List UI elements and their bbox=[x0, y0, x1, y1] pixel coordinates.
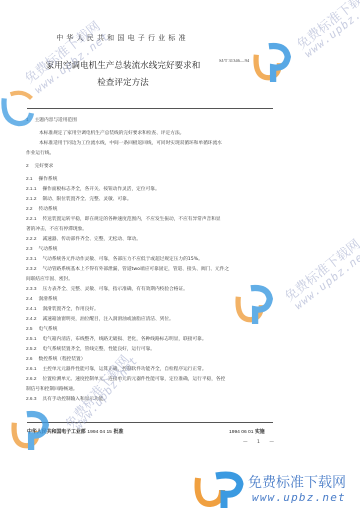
clause-text: 减速箱油窗明亮，油位醒目，注入润滑油或油脂应清洁、到位。 bbox=[42, 317, 173, 322]
clause-number: 2.6.1 bbox=[26, 366, 36, 371]
clause-number: 2.1.1 bbox=[26, 186, 36, 191]
clause-number: 2.2.1 bbox=[26, 216, 36, 221]
clause-2-2-2: 2.2.2减速器、传动部件齐全、完整，无松动、窜动。 bbox=[26, 236, 141, 242]
watermark-logo-icon bbox=[232, 282, 274, 324]
clause-number: 2.6 bbox=[26, 356, 33, 361]
clause-number: 2.6.3 bbox=[26, 396, 36, 401]
approved-date: 1994 04 15 bbox=[87, 430, 111, 435]
effective-note: 1994 06 01 实施 bbox=[229, 428, 265, 435]
document-page: 中华人民共和国电子行业标准 SJ/T 31346—94 家用空调电机生产总装流水… bbox=[0, 0, 360, 510]
clause-2-3-3: 2.3.3压力表齐全、完整、灵敏、可靠，指示准确，有有效期内校验合格证。 bbox=[26, 286, 188, 292]
watermark-logo-icon bbox=[0, 90, 42, 132]
clause-number: 2.2 bbox=[26, 206, 33, 211]
clause-number: 2.1 bbox=[26, 176, 33, 181]
clause-text: 本标准规定了家用空调电机生产总装线的完好要求和检查、评定方法。 bbox=[39, 131, 184, 136]
clause-1: 1主题内容与适用范围 bbox=[26, 117, 77, 123]
clause-number: 2.3.1 bbox=[26, 256, 36, 261]
clause-number: 2.5.1 bbox=[26, 336, 36, 341]
clause-2-5-1: 2.5.1电气箱内清洁，布线整齐，线路无破损、老化，各种线路标志明显，联接可靠。 bbox=[26, 336, 207, 342]
effective-suffix: 实施 bbox=[255, 429, 265, 435]
body-line: 本标准适用于同边为工位流水线，中间一条回板返回线，可同时实现双循环和单循环流水 bbox=[26, 140, 222, 146]
clause-2-1: 2.1操作系统 bbox=[26, 176, 57, 182]
clause-text: 制信号和控制回路畅通。 bbox=[26, 387, 78, 392]
clause-text: 电气箱内清洁，布线整齐，线路无破损、老化，各种线路标志明显，联接可靠。 bbox=[42, 337, 206, 342]
clause-number: 2.5.2 bbox=[26, 346, 36, 351]
clause-number: 2.2.2 bbox=[26, 236, 36, 241]
clause-text: 著的冲击，不应有停滞现象。 bbox=[26, 227, 87, 232]
clause-number: 2.4 bbox=[26, 296, 33, 301]
clause-2-3-2: 2.3.2气动管路系统基本上不得有外部泄漏，管道two端应可靠固定，管道、接头、… bbox=[26, 266, 229, 272]
clause-text: 制动、限位装置齐全、完整、灵敏、可靠。 bbox=[42, 197, 131, 202]
clause-number: 2.5 bbox=[26, 326, 33, 331]
clause-text: 电气系统 bbox=[39, 327, 58, 332]
clause-text: 间联结应牢固、密封。 bbox=[26, 277, 73, 282]
clause-text: 操作面板标志齐全，各开关、按钮动作灵活，定位可靠。 bbox=[42, 187, 159, 192]
clause-2-2: 2.2传动系统 bbox=[26, 206, 57, 212]
clause-2-3: 2.3气动系统 bbox=[26, 246, 57, 252]
clause-text: 主题内容与适用范围 bbox=[35, 118, 77, 123]
brand-url: www.upbz.net bbox=[252, 491, 346, 504]
brand-logo-icon bbox=[192, 470, 244, 508]
clause-number: 2 bbox=[26, 163, 29, 168]
body-line: 著的冲击，不应有停滞现象。 bbox=[26, 226, 87, 232]
clause-2-4-2: 2.4.2减速箱油窗明亮，油位醒目，注入润滑油或油脂应清洁、到位。 bbox=[26, 316, 174, 322]
clause-number: 2.6.2 bbox=[26, 376, 36, 381]
clause-number: 2.4.1 bbox=[26, 306, 36, 311]
standard-number: SJ/T 31346—94 bbox=[219, 58, 249, 63]
clause-text: 传动系统 bbox=[39, 207, 58, 212]
clause-2: 2完好要求 bbox=[26, 163, 53, 169]
ministry-header: 中华人民共和国电子行业标准 bbox=[0, 33, 245, 43]
clause-text: 压力表齐全、完整、灵敏、可靠，指示准确，有有效期内校验合格证。 bbox=[42, 287, 187, 292]
clause-text: 气动系统各元件动作灵敏、可靠，各部压力不应低于或超过规定压力的15%。 bbox=[42, 257, 202, 262]
clause-2-4-1: 2.4.1润滑装置齐全，作用良好。 bbox=[26, 306, 99, 312]
brand-name: 免费标准下载网 bbox=[248, 472, 346, 492]
clause-text: 传送装置运转平稳，即在规定的各种速度范围内，不应发生振动，不应有异常声音和显 bbox=[42, 217, 220, 222]
clause-text: 润滑装置齐全，作用良好。 bbox=[42, 307, 98, 312]
clause-number: 2.3.2 bbox=[26, 266, 36, 271]
clause-2-6: 2.6数控系统（程控装置） bbox=[26, 356, 85, 362]
body-line: 间联结应牢固、密封。 bbox=[26, 276, 73, 282]
clause-2-5: 2.5电气系统 bbox=[26, 326, 57, 332]
clause-2-5-2: 2.5.2电气系统装置齐全，管线完整，性能良好，运行可靠。 bbox=[26, 346, 155, 352]
clause-text: 气动系统 bbox=[39, 247, 58, 252]
body-line: 本标准规定了家用空调电机生产总装线的完好要求和检查、评定方法。 bbox=[26, 130, 184, 136]
clause-text: 完好要求 bbox=[35, 164, 54, 169]
clause-text: 作业运行线。 bbox=[26, 151, 54, 156]
clause-2-2-1: 2.2.1传送装置运转平稳，即在规定的各种速度范围内，不应发生振动，不应有异常声… bbox=[26, 216, 221, 222]
clause-text: 电气系统装置齐全，管线完整，性能良好，运行可靠。 bbox=[42, 347, 155, 352]
body-line: 作业运行线。 bbox=[26, 150, 54, 156]
clause-text: 润滑系统 bbox=[39, 297, 58, 302]
clause-2-1-1: 2.1.1操作面板标志齐全，各开关、按钮动作灵活，定位可靠。 bbox=[26, 186, 160, 192]
approved-suffix: 批准 bbox=[114, 429, 124, 435]
page-number: — 1 — bbox=[243, 440, 278, 445]
approved-by: 中华人民共和国电子工业部 bbox=[27, 429, 86, 435]
clause-text: 本标准适用于同边为工位流水线，中间一条回板返回线，可同时实现双循环和单循环流水 bbox=[39, 141, 222, 146]
clause-number: 1 bbox=[26, 117, 29, 122]
clause-2-1-2: 2.1.2制动、限位装置齐全、完整、灵敏、可靠。 bbox=[26, 196, 132, 202]
clause-text: 位置检测单元、速度控制单元、连接单元的元器件性能可靠，定位准确，运行平稳，各控 bbox=[42, 377, 225, 382]
clause-text: 操作系统 bbox=[39, 177, 58, 182]
clause-text: 气动管路系统基本上不得有外部泄漏，管道two端应可靠固定，管道、接头、阀门、元件… bbox=[42, 267, 229, 272]
clause-number: 2.3 bbox=[26, 246, 33, 251]
body-line: 制信号和控制回路畅通。 bbox=[26, 386, 78, 392]
clause-2-3-1: 2.3.1气动系统各元件动作灵敏、可靠，各部压力不应低于或超过规定压力的15%。 bbox=[26, 256, 203, 262]
header-divider bbox=[27, 108, 273, 109]
clause-number: 2.4.2 bbox=[26, 316, 36, 321]
clause-text: 数控系统（程控装置） bbox=[39, 357, 86, 362]
effective-date: 1994 06 01 bbox=[229, 430, 253, 435]
clause-text: 减速器、传动部件齐全、完整，无松动、窜动。 bbox=[42, 237, 140, 242]
clause-number: 2.3.3 bbox=[26, 286, 36, 291]
clause-2-4: 2.4润滑系统 bbox=[26, 296, 57, 302]
watermark-logo-icon bbox=[250, 40, 292, 82]
clause-number: 2.1.2 bbox=[26, 196, 36, 201]
